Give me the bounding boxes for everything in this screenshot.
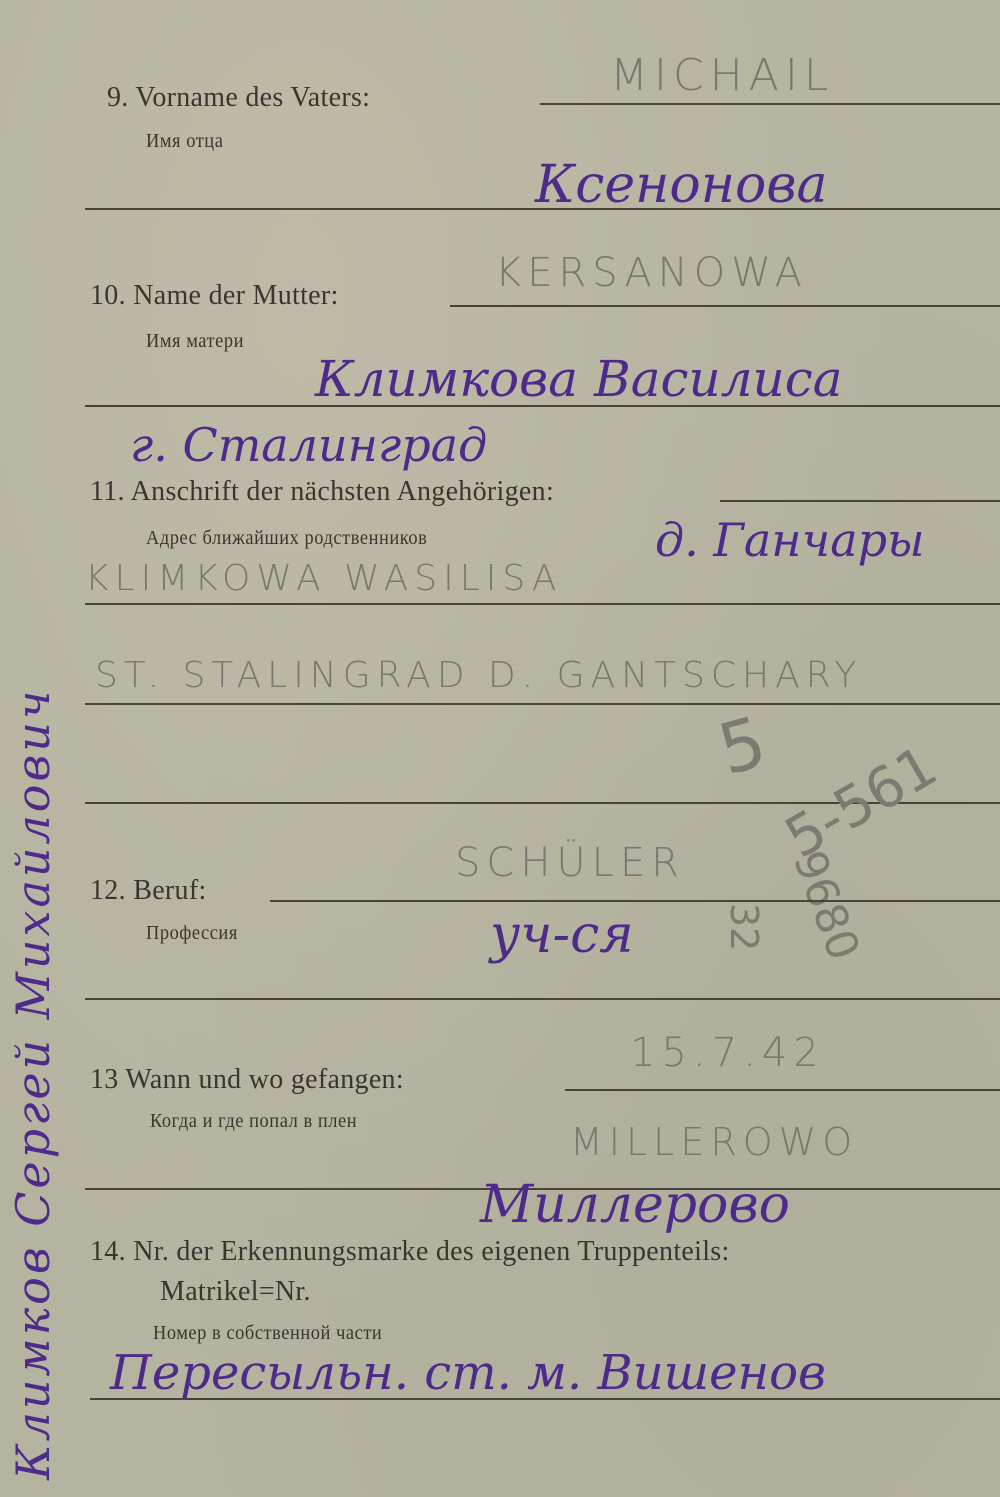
- field-12-rule: [270, 900, 1000, 902]
- field-9-number: 9.: [107, 82, 129, 113]
- field-9-label-ru: Имя отца: [146, 130, 223, 153]
- field-11-pencil-line-2[interactable]: ST. STALINGRAD D. GANTSCHARY: [95, 655, 862, 696]
- pencil-mark-5: 5: [710, 701, 774, 792]
- field-13-label-ru: Когда и где попал в плен: [150, 1110, 357, 1133]
- field-9-rule: [540, 103, 1000, 105]
- field-11-rule: [720, 500, 1000, 502]
- margin-note-name: Климков Сергей Михайлович: [6, 687, 60, 1480]
- field-10-label: 10. Name der Mutter:: [90, 280, 339, 312]
- field-9-label: 9. Vorname des Vaters:: [107, 82, 370, 114]
- pencil-mark-9680: 9680: [783, 844, 869, 967]
- field-11-ink-village[interactable]: д. Ганчары: [655, 513, 925, 567]
- field-9-ink-value[interactable]: Ксеноновa: [535, 155, 828, 215]
- field-11-number: 11.: [90, 476, 125, 507]
- field-14-label-de: Nr. der Erkennungsmarke des eigenen Trup…: [133, 1236, 729, 1267]
- field-9-pencil-value[interactable]: MICHAIL: [610, 50, 834, 101]
- field-9-label-de: Vorname des Vaters:: [135, 82, 370, 113]
- pencil-mark-5-561: 5-561: [775, 734, 948, 872]
- field-10-ink-value[interactable]: Климкова Василиса: [315, 350, 843, 408]
- field-10-pencil-value[interactable]: KERSANOWA: [495, 250, 808, 296]
- field-14-label: 14. Nr. der Erkennungsmarke des eigenen …: [90, 1236, 730, 1268]
- field-13-label-de: Wann und wo gefangen:: [125, 1064, 404, 1095]
- field-11-rule-3: [85, 703, 1000, 705]
- field-11-label-ru: Адрес ближайших родственников: [146, 527, 427, 550]
- field-14-rule: [90, 1398, 1000, 1400]
- field-14-ink-value[interactable]: Пересыльн. ст. м. Вишенов: [110, 1345, 826, 1401]
- field-11-rule-2: [85, 603, 1000, 605]
- field-10-label-de: Name der Mutter:: [133, 280, 338, 311]
- field-11-label: 11. Anschrift der nächsten Angehörigen:: [90, 476, 554, 508]
- field-12-number: 12.: [90, 875, 126, 906]
- field-14-label-ru: Номер в собственной части: [153, 1322, 382, 1345]
- field-13-ink-value[interactable]: Миллерово: [480, 1175, 790, 1235]
- field-12-rule-2: [85, 998, 1000, 1000]
- field-10-label-ru: Имя матери: [146, 330, 244, 353]
- field-12-label-ru: Профессия: [146, 922, 238, 945]
- field-13-pencil-place[interactable]: MILLEROWO: [570, 1120, 858, 1164]
- field-12-ink-value[interactable]: уч-ся: [490, 905, 634, 965]
- field-13-pencil-date[interactable]: 15.7.42: [630, 1030, 825, 1076]
- field-14-label-de-2: Matrikel=Nr.: [160, 1276, 311, 1308]
- field-10-number: 10.: [90, 280, 126, 311]
- field-10-rule: [450, 305, 1000, 307]
- field-13-number: 13: [90, 1064, 119, 1095]
- field-13-rule: [565, 1089, 1000, 1091]
- field-13-label: 13 Wann und wo gefangen:: [90, 1064, 404, 1096]
- field-12-label: 12. Beruf:: [90, 875, 207, 907]
- document-page: Климков Сергей Михайлович 9. Vorname des…: [0, 0, 1000, 1497]
- field-11-label-de: Anschrift der nächsten Angehörigen:: [131, 476, 554, 507]
- field-11-ink-city[interactable]: г. Сталинград: [130, 418, 487, 472]
- pencil-mark-32: 32: [722, 903, 766, 951]
- field-11-pencil-line-1[interactable]: KLIMKOWA WASILISA: [85, 558, 563, 599]
- field-12-label-de: Beruf:: [133, 875, 206, 906]
- field-10-rule-2: [85, 405, 1000, 407]
- field-14-number: 14.: [90, 1236, 126, 1267]
- field-12-pencil-value[interactable]: SCHÜLER: [455, 840, 685, 886]
- field-9-rule-2: [85, 208, 1000, 210]
